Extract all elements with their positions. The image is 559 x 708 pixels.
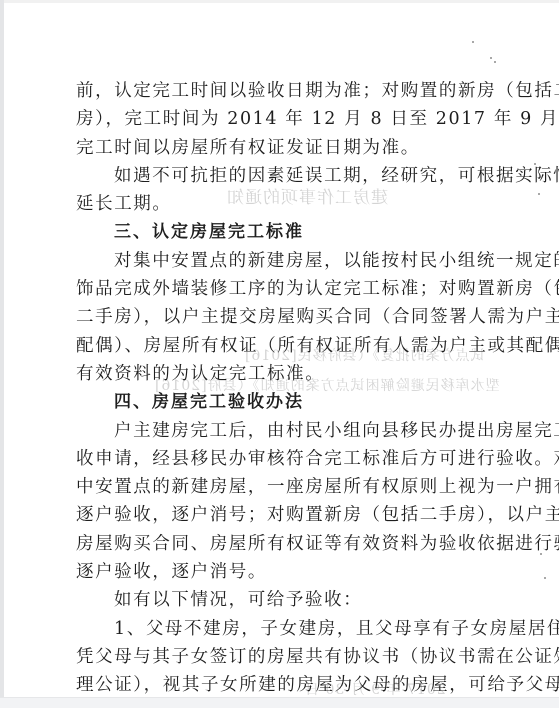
body-line: 凭父母与其子女签订的房屋共有协议书（协议书需在公证处办 xyxy=(76,643,486,671)
scan-speck xyxy=(494,61,496,63)
body-line: 饰品完成外墙装修工序的为认定完工标准；对购置新房（包括 xyxy=(76,275,486,303)
section-heading-3: 三、认定房屋完工标准 xyxy=(76,218,486,246)
body-line: 理公证），视其子女所建的房屋为父母的房屋，可给予父母房屋 xyxy=(76,671,486,699)
body-line: 延长工期。 xyxy=(76,190,486,218)
body-line: 逐户验收，逐户消号；对购置新房（包括二手房），以户主提交 xyxy=(76,501,486,529)
body-line: 二手房），以户主提交房屋购买合同（合同签署人需为户主或其 xyxy=(76,303,486,331)
body-line: 有效资料的为认定完工标准。 xyxy=(76,360,486,388)
body-line: 对集中安置点的新建房屋，以能按村民小组统一规定的瓷 xyxy=(76,247,486,275)
body-line: 完工时间以房屋所有权证发证日期为准。 xyxy=(76,134,486,162)
document-page: 建房工作事项的通知 试点方案的批复》（县府移民[2016] 型水库移民避险解困试… xyxy=(4,3,559,697)
body-line: 收申请，经县移民办审核符合完工标准后方可进行验收。对集 xyxy=(76,445,486,473)
scan-bottom-edge xyxy=(0,697,559,708)
body-line: 如有以下情况，可给予验收： xyxy=(76,586,486,614)
body-line: 前，认定完工时间以验收日期为准；对购置的新房（包括二手 xyxy=(76,77,486,105)
section-heading-4: 四、房屋完工验收办法 xyxy=(76,388,486,416)
body-line: 逐户验收，逐户消号。 xyxy=(76,558,486,586)
scan-speck xyxy=(544,577,546,579)
scanned-page-frame: 建房工作事项的通知 试点方案的批复》（县府移民[2016] 型水库移民避险解困试… xyxy=(0,0,559,708)
body-line: 户主建房完工后，由村民小组向县移民办提出房屋完工验 xyxy=(76,417,486,445)
scan-speck xyxy=(538,193,540,195)
body-line: 如遇不可抗拒的因素延误工期，经研究，可根据实际情况 xyxy=(76,162,486,190)
scan-speck xyxy=(472,41,474,43)
scan-speck xyxy=(490,57,492,59)
body-line: 房），完工时间为 2014 年 12 月 8 日至 2017 年 9 月 30 … xyxy=(76,105,486,133)
document-body: 前，认定完工时间以验收日期为准；对购置的新房（包括二手 房），完工时间为 201… xyxy=(76,77,486,700)
scan-speck xyxy=(534,163,536,165)
body-line: 配偶）、房屋所有权证（所有权证所有人需为户主或其配偶）等 xyxy=(76,332,486,360)
body-line: 房屋购买合同、房屋所有权证等有效资料为验收依据进行验收， xyxy=(76,530,486,558)
list-item-1: 1、父母不建房，子女建房，且父母享有子女房屋居住权的， xyxy=(76,615,486,643)
body-line: 中安置点的新建房屋，一座房屋所有权原则上视为一户拥有， xyxy=(76,473,486,501)
